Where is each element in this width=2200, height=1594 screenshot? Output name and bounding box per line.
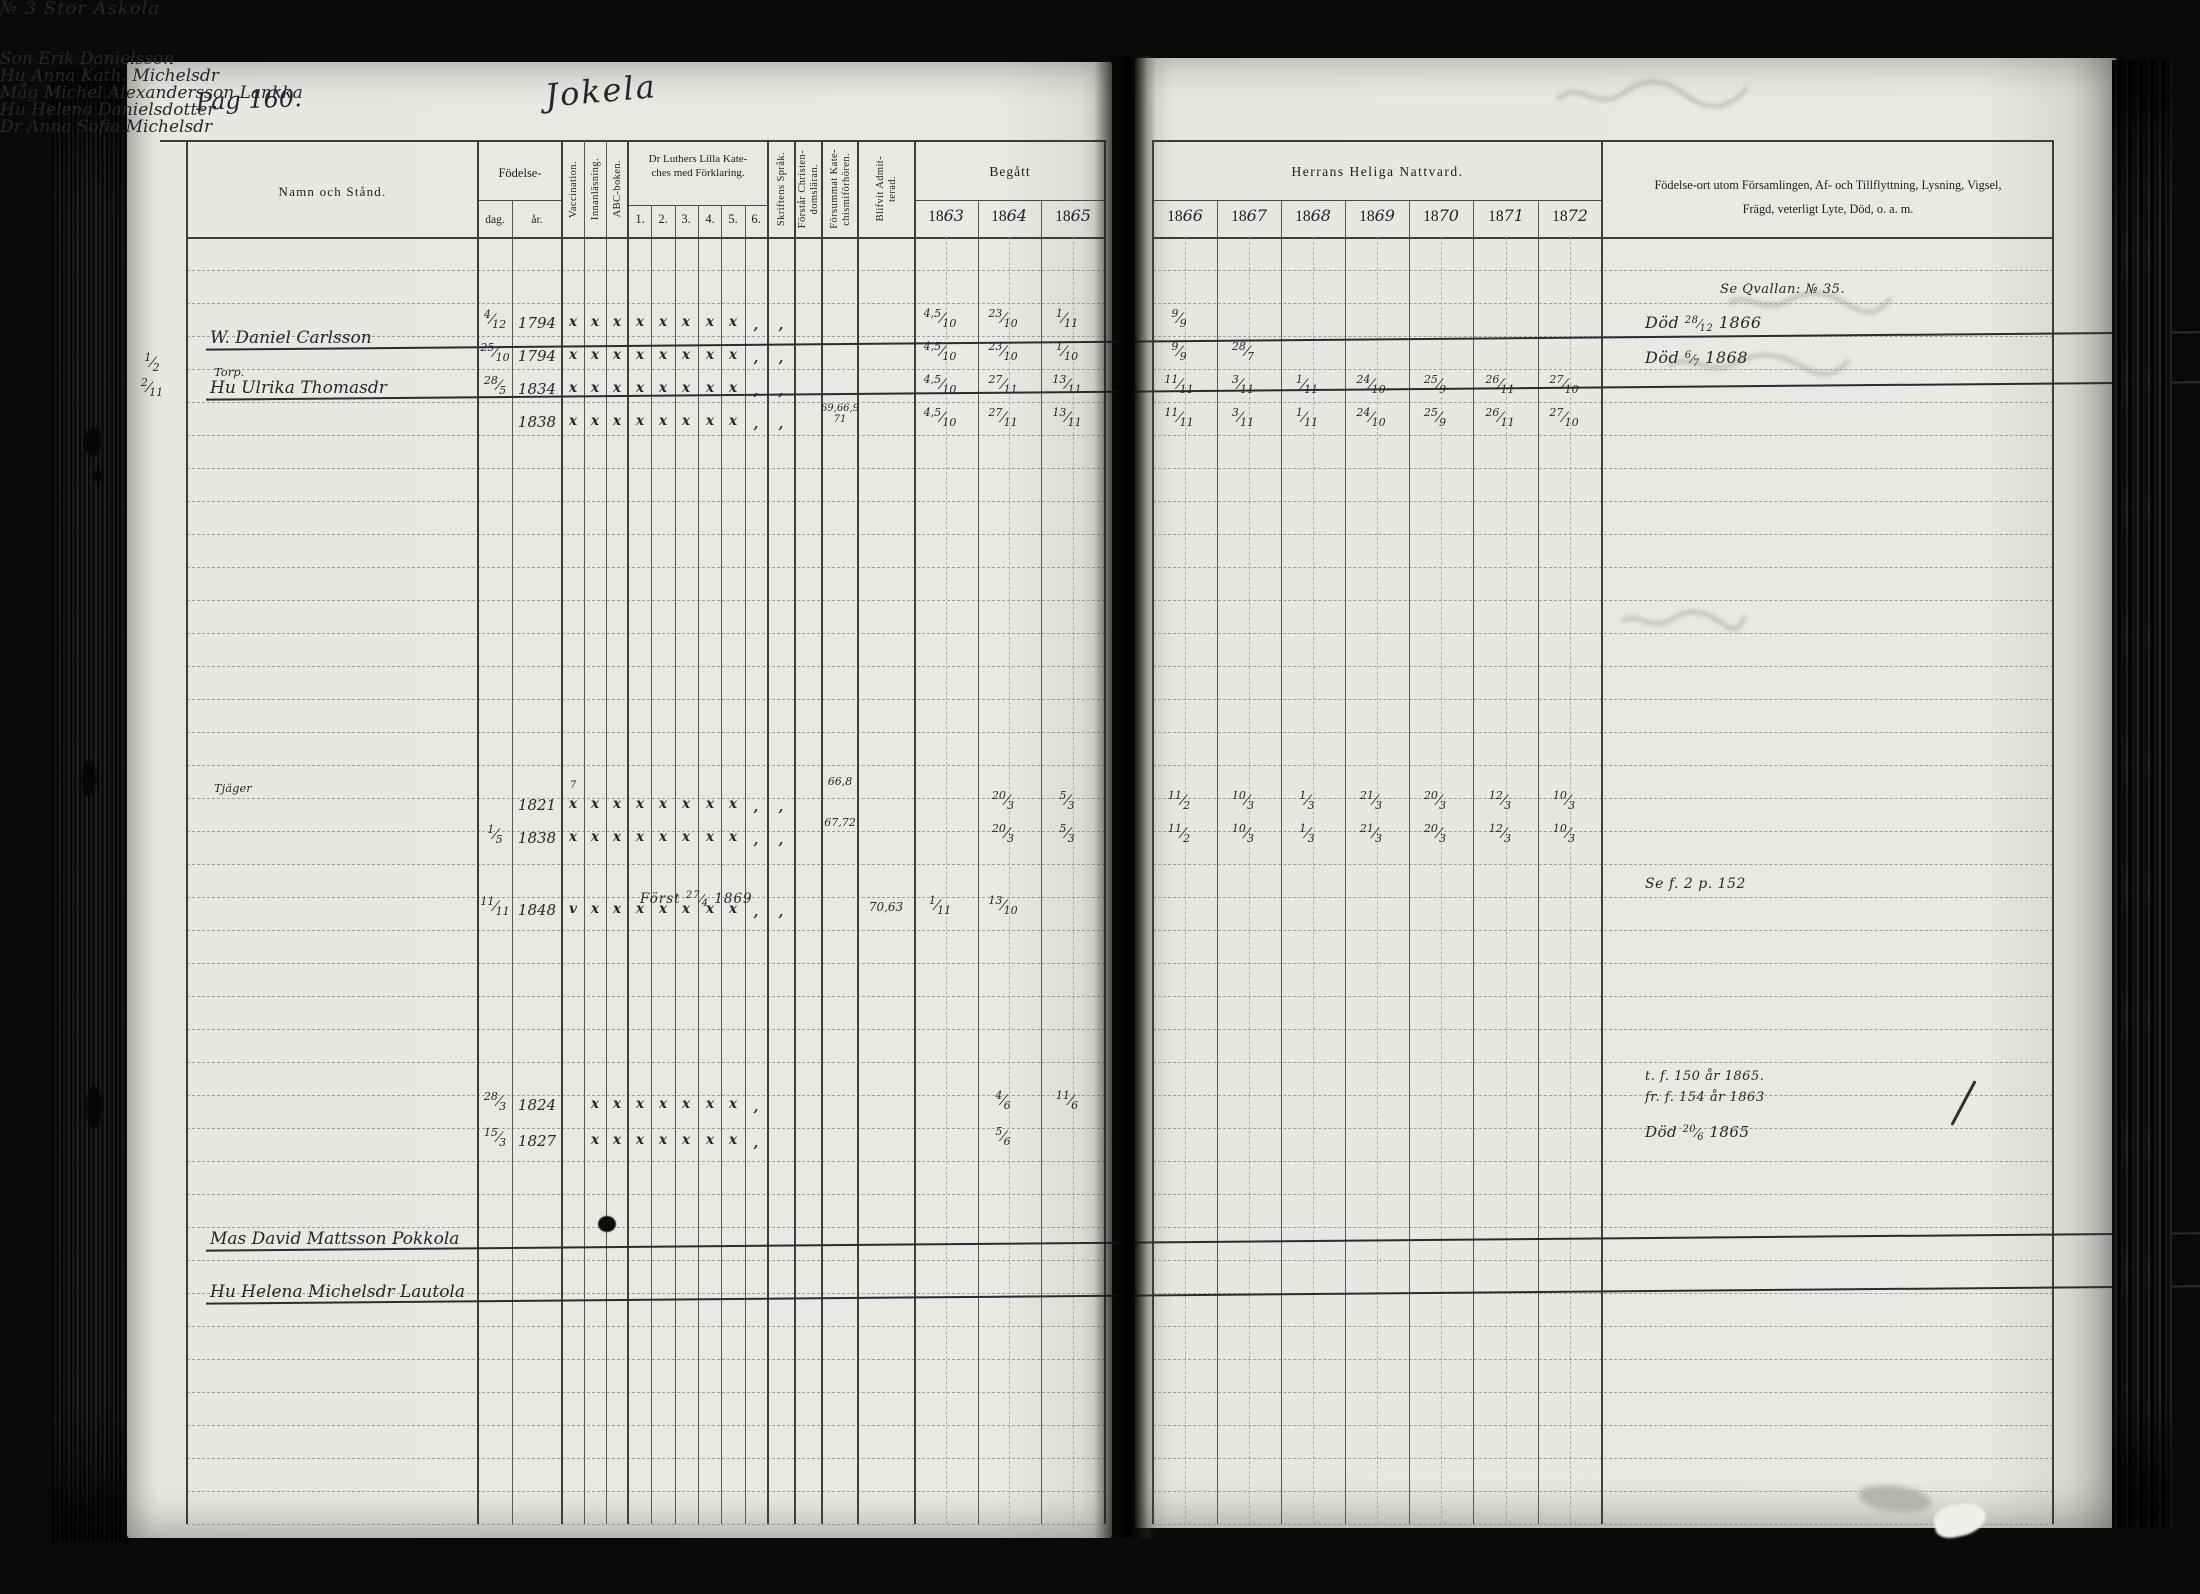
entry-mark: x <box>636 1132 644 1148</box>
entry-birth-day: 1⁄5 <box>487 823 502 846</box>
sacrament-date: 1⁄11 <box>1056 307 1078 330</box>
sacrament-date: 3⁄11 <box>1232 406 1254 429</box>
entry-name: Hu Helena Danielsdotter <box>0 102 2200 119</box>
entry-mark: , <box>754 416 759 432</box>
entry-extra-note: 70,63 <box>869 901 903 914</box>
entry-mark: x <box>706 1132 714 1148</box>
sacrament-date: 1⁄11 <box>1296 406 1318 429</box>
entry-birth-year: 1794 <box>518 314 556 332</box>
entry-mark: x <box>636 796 644 812</box>
entry-birth-year: 1824 <box>518 1096 556 1114</box>
sacrament-date: 21⁄3 <box>1360 822 1382 845</box>
entry-mark: , <box>754 799 759 815</box>
margin-note: 1⁄2 <box>144 351 159 374</box>
entry-mark: , <box>754 904 759 920</box>
sacrament-date: 5⁄6 <box>995 1125 1010 1148</box>
sacrament-date: 11⁄2 <box>1168 789 1190 812</box>
entry-mark: x <box>659 380 667 396</box>
sacrament-date: 24⁄10 <box>1356 406 1385 429</box>
entry-mark: x <box>613 413 621 429</box>
entry-mark: x <box>613 1096 621 1112</box>
entry-mark: x <box>591 380 599 396</box>
entry-mark: x <box>591 829 599 845</box>
entry-mark: x <box>682 796 690 812</box>
entry-mark: x <box>659 347 667 363</box>
entry-mark: v <box>569 901 577 917</box>
sacrament-date: 20⁄3 <box>1424 789 1446 812</box>
handwritten-entries: № 3 Stor AskolaW. Daniel Carlsson4⁄12179… <box>0 0 2200 1594</box>
entry-name: № 3 Stor Askola <box>0 0 2200 17</box>
entry-name: Måg Michel Alexandersson Lankka <box>0 85 2200 102</box>
entry-birth-year: 1834 <box>518 380 556 398</box>
sacrament-date: 25⁄9 <box>1424 406 1446 429</box>
sacrament-date: 21⁄3 <box>1360 789 1382 812</box>
entry-name: Dr Anna Sofia Michelsdr <box>0 119 2200 136</box>
entry-mark: , <box>779 832 784 848</box>
entry-super-label: Torp. <box>214 365 244 379</box>
entry-mark: , <box>779 904 784 920</box>
entry-mark: x <box>659 1096 667 1112</box>
sacrament-date: 28⁄7 <box>1232 340 1254 363</box>
entry-mark: x <box>729 347 737 363</box>
entry-mark: x <box>659 829 667 845</box>
entry-mark: x <box>729 413 737 429</box>
entry-mark: x <box>682 1096 690 1112</box>
entry-name: Hu Anna Kath. Michelsdr <box>0 68 2200 85</box>
entry-mark: x <box>636 314 644 330</box>
entry-extra-note: 7 <box>570 780 576 791</box>
notes-column-note: Död 20⁄6 1865 <box>1645 1123 1750 1143</box>
sacrament-date: 11⁄11 <box>1164 406 1193 429</box>
sacrament-date: 4,5⁄10 <box>924 373 957 396</box>
sacrament-date: 13⁄11 <box>1052 406 1081 429</box>
sacrament-date: 11⁄6 <box>1056 1089 1078 1112</box>
entry-mark: x <box>591 796 599 812</box>
entry-name: Hu Ulrika Thomasdr <box>210 380 2200 397</box>
sacrament-date: 9⁄9 <box>1171 307 1186 330</box>
notes-column-note: Död 28⁄12 1866 <box>1645 313 1762 334</box>
entry-mark: x <box>569 380 577 396</box>
entry-extra-note: 66,8 <box>828 776 853 788</box>
sacrament-date: 26⁄11 <box>1485 406 1514 429</box>
sacrament-date: 23⁄10 <box>988 340 1017 363</box>
entry-mark: x <box>613 347 621 363</box>
entry-mark: x <box>636 829 644 845</box>
entry-birth-year: 1794 <box>518 347 556 365</box>
sacrament-date: 27⁄11 <box>988 373 1017 396</box>
entry-mark: x <box>613 796 621 812</box>
entry-mark: x <box>729 1096 737 1112</box>
entry-mark: x <box>706 1096 714 1112</box>
sacrament-date: 12⁄3 <box>1489 789 1511 812</box>
sacrament-date: 1⁄3 <box>1299 822 1314 845</box>
sacrament-date: 23⁄10 <box>988 307 1017 330</box>
entry-mark: x <box>591 413 599 429</box>
entry-birth-day: 25⁄10 <box>480 341 509 364</box>
entry-mark: x <box>706 380 714 396</box>
entry-birth-day: 4⁄12 <box>484 308 506 331</box>
ink-blot <box>598 1216 616 1232</box>
sacrament-date: 5⁄3 <box>1059 789 1074 812</box>
entry-birth-year: 1838 <box>518 413 556 431</box>
entry-mark: x <box>729 829 737 845</box>
entry-mark: x <box>636 347 644 363</box>
sacrament-date: 27⁄10 <box>1549 406 1578 429</box>
entry-extra-note: 67,72 <box>824 817 856 829</box>
sacrament-date: 5⁄3 <box>1059 822 1074 845</box>
entry-mark: x <box>569 314 577 330</box>
entry-mark: , <box>779 799 784 815</box>
sacrament-date: 20⁄3 <box>992 789 1014 812</box>
entry-mark: x <box>659 1132 667 1148</box>
sacrament-date: 20⁄3 <box>1424 822 1446 845</box>
entry-birth-day: 28⁄5 <box>484 374 506 397</box>
entry-birth-year: 1838 <box>518 829 556 847</box>
entry-mark: x <box>706 314 714 330</box>
entry-mark: x <box>636 1096 644 1112</box>
book-page-edges-right <box>2112 60 2172 1528</box>
notes-column-note: Död 6⁄7 1868 <box>1645 348 1748 369</box>
entry-mark: x <box>706 829 714 845</box>
sacrament-date: 27⁄11 <box>988 406 1017 429</box>
sacrament-date: 1⁄3 <box>1299 789 1314 812</box>
margin-note: 2⁄11 <box>141 376 163 399</box>
entry-mark: x <box>706 796 714 812</box>
sacrament-date: 10⁄3 <box>1553 789 1575 812</box>
entry-super-label: Tjäger <box>214 781 252 795</box>
entry-birth-year: 1821 <box>518 796 556 814</box>
sacrament-date: 10⁄3 <box>1232 822 1254 845</box>
sacrament-date: 11⁄2 <box>1168 822 1190 845</box>
entry-mark: x <box>591 314 599 330</box>
entry-mark: x <box>706 413 714 429</box>
entry-birth-day: 15⁄3 <box>484 1126 506 1149</box>
entry-mark: , <box>754 832 759 848</box>
entry-mark: x <box>729 1132 737 1148</box>
entry-mark: x <box>569 796 577 812</box>
entry-birth-year: 1827 <box>518 1132 556 1150</box>
entry-mark: , <box>754 317 759 333</box>
entry-mark: x <box>682 314 690 330</box>
sacrament-date: 11⁄11 <box>1164 373 1193 396</box>
entry-mark: x <box>613 314 621 330</box>
entry-mark: x <box>682 1132 690 1148</box>
entry-mark: x <box>659 314 667 330</box>
sacrament-date: 25⁄9 <box>1424 373 1446 396</box>
notes-column-note: Se f. 2 p. 152 <box>1645 876 1746 892</box>
entry-first-communion-note: Först 27⁄4 1869 <box>640 890 753 909</box>
entry-birth-day: 28⁄3 <box>484 1090 506 1113</box>
entry-mark: x <box>682 413 690 429</box>
sacrament-date: 10⁄3 <box>1232 789 1254 812</box>
entry-name: Mas David Mattsson Pokkola <box>210 1231 2200 1248</box>
sacrament-date: 4,5⁄10 <box>924 406 957 429</box>
entry-mark: x <box>659 796 667 812</box>
entry-mark: , <box>779 317 784 333</box>
sacrament-date: 9⁄9 <box>1171 340 1186 363</box>
entry-mark: x <box>613 901 621 917</box>
sacrament-date: 13⁄10 <box>988 894 1017 917</box>
entry-mark: x <box>613 829 621 845</box>
entry-name: Son Erik Danielsson <box>0 51 2200 68</box>
sacrament-date: 4,5⁄10 <box>924 307 957 330</box>
entry-mark: , <box>779 416 784 432</box>
entry-mark: x <box>729 380 737 396</box>
entry-birth-year: 1848 <box>518 901 556 919</box>
sacrament-date: 12⁄3 <box>1489 822 1511 845</box>
entry-mark: x <box>613 380 621 396</box>
entry-mark: , <box>779 383 784 399</box>
sacrament-date: 24⁄10 <box>1356 373 1385 396</box>
entry-mark: x <box>591 1096 599 1112</box>
entry-mark: x <box>682 829 690 845</box>
entry-mark: x <box>613 1132 621 1148</box>
entry-mark: , <box>779 350 784 366</box>
entry-mark: x <box>659 413 667 429</box>
sacrament-date: 27⁄10 <box>1549 373 1578 396</box>
entry-mark: x <box>706 347 714 363</box>
sacrament-date: 1⁄11 <box>929 894 951 917</box>
sacrament-date: 4,5⁄10 <box>924 340 957 363</box>
sacrament-date: 1⁄11 <box>1296 373 1318 396</box>
entry-mark: , <box>754 383 759 399</box>
entry-mark: x <box>591 1132 599 1148</box>
notes-column-note: fr. f. 154 år 1863 <box>1645 1090 1765 1105</box>
entry-mark: x <box>636 380 644 396</box>
entry-mark: x <box>569 829 577 845</box>
entry-mark: , <box>754 1135 759 1151</box>
entry-mark: x <box>569 413 577 429</box>
entry-birth-day: 11⁄11 <box>480 895 509 918</box>
sacrament-date: 3⁄11 <box>1232 373 1254 396</box>
entry-extra-note: 69,66,9 71 <box>821 403 859 425</box>
entry-mark: x <box>569 347 577 363</box>
entry-mark: x <box>682 380 690 396</box>
scanned-parish-register-photo: Pag 160. Jokela Namn och Stånd. Födelse-… <box>0 0 2200 1594</box>
sacrament-date: 13⁄11 <box>1052 373 1081 396</box>
entry-mark: , <box>754 350 759 366</box>
sacrament-date: 26⁄11 <box>1485 373 1514 396</box>
entry-mark: , <box>754 1099 759 1115</box>
entry-mark: x <box>682 347 690 363</box>
sacrament-date: 1⁄10 <box>1056 340 1078 363</box>
sacrament-date: 10⁄3 <box>1553 822 1575 845</box>
entry-mark: x <box>729 314 737 330</box>
sacrament-date: 20⁄3 <box>992 822 1014 845</box>
entry-mark: x <box>729 796 737 812</box>
entry-name: Hu Helena Michelsdr Lautola <box>210 1284 2200 1301</box>
notes-column-note: Se Qvallan: № 35. <box>1720 282 1845 297</box>
entry-mark: x <box>591 901 599 917</box>
entry-mark: x <box>591 347 599 363</box>
entry-mark: x <box>636 413 644 429</box>
notes-column-note: t. f. 150 år 1865. <box>1645 1069 1764 1084</box>
sacrament-date: 4⁄6 <box>995 1089 1010 1112</box>
